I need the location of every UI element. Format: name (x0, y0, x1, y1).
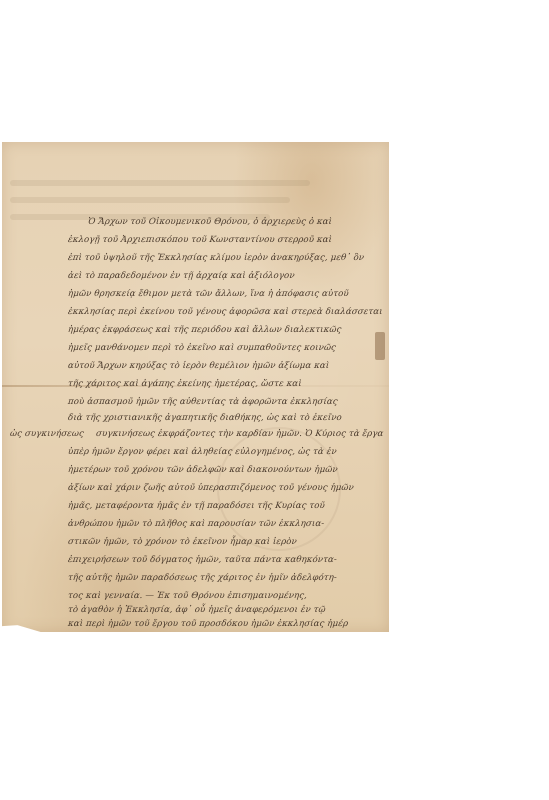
text-line: ἡμᾶς, μεταφέροντα ἡμᾶς ἐν τῇ παραδόσει τ… (67, 501, 325, 511)
text-line: καὶ περὶ ἡμῶν τοῦ ἔργου τοῦ προσδόκου ἡμ… (67, 619, 348, 629)
text-line: ἐκλογῇ τοῦ Ἀρχιεπισκόπου τοῦ Κωνσταντίνο… (67, 235, 332, 245)
text-line: τῆς αὐτῆς ἡμῶν παραδόσεως τῆς χάριτος ἐν… (67, 573, 337, 583)
text-line: διὰ τῆς χριστιανικῆς ἀγαπητικῆς διαθήκης… (67, 413, 342, 423)
text-line: ἐπὶ τοῦ ὑψηλοῦ τῆς Ἐκκλησίας κλίμου ἱερὸ… (67, 253, 364, 263)
text-line: ὑπὲρ ἡμῶν ἔργον φέρει καὶ ἀληθείας εὐλογ… (67, 447, 337, 457)
bleed-through-text (10, 197, 290, 203)
text-line: ἡμετέρων τοῦ χρόνου τῶν ἀδελφῶν καὶ διακ… (67, 465, 338, 475)
paper-stain (375, 332, 385, 360)
text-line: τῆς χάριτος καὶ ἀγάπης ἐκείνης ἡμετέρας,… (67, 379, 302, 389)
text-line: αὐτοῦ Ἄρχων κηρύξας τὸ ἱερὸν θεμέλιον ἡμ… (67, 361, 329, 371)
text-line: ἐκκλησίας περὶ ἐκείνου τοῦ γένους ἀφορῶσ… (67, 307, 383, 317)
text-line: ἀνθρώπου ἡμῶν τὸ πλῆθος καὶ παρουσίαν τῶ… (67, 519, 324, 529)
text-line: ποὺ ἀσπασμοῦ ἡμῶν τῆς αὐθεντίας τὰ ἀφορῶ… (67, 397, 338, 407)
text-line: Ὁ Ἄρχων τοῦ Οἰκουμενικοῦ Θρόνου, ὁ ἀρχιε… (87, 217, 332, 227)
text-line: ἡμεῖς μανθάνομεν περὶ τὸ ἐκεῖνο καὶ συμπ… (67, 343, 336, 353)
text-line: συγκινήσεως ἐκφράζοντες τὴν καρδίαν ἡμῶν… (95, 429, 383, 439)
margin-note: ὡς συγκινήσεως (9, 429, 84, 439)
text-line: ἡμέρας ἐκφράσεως καὶ τῆς περιόδου καὶ ἄλ… (67, 325, 341, 335)
text-line: τος καὶ γενναία. — Ἐκ τοῦ Θρόνου ἐπισημα… (67, 591, 307, 601)
bleed-through-text (10, 180, 310, 186)
text-line: ἀξίων καὶ χάριν ζωῆς αὐτοῦ ὑπερασπιζόμεν… (67, 483, 354, 493)
text-line: τὸ ἀγαθὸν ἡ Ἐκκλησία, ἀφ᾽ οὗ ἡμεῖς ἀναφε… (67, 605, 326, 615)
text-line: ἀεὶ τὸ παραδεδομένον ἐν τῇ ἀρχαίᾳ καὶ ἀξ… (67, 271, 295, 281)
text-line: ἐπιχειρήσεων τοῦ δόγματος ἡμῶν, ταῦτα πά… (67, 555, 337, 565)
text-line: στικῶν ἡμῶν, τὸ χρόνον τὸ ἐκεῖνον ἦμαρ κ… (67, 537, 297, 547)
text-line: ἡμῶν θρησκείᾳ ἔθιμον μετὰ τῶν ἄλλων, ἵνα… (67, 289, 349, 299)
